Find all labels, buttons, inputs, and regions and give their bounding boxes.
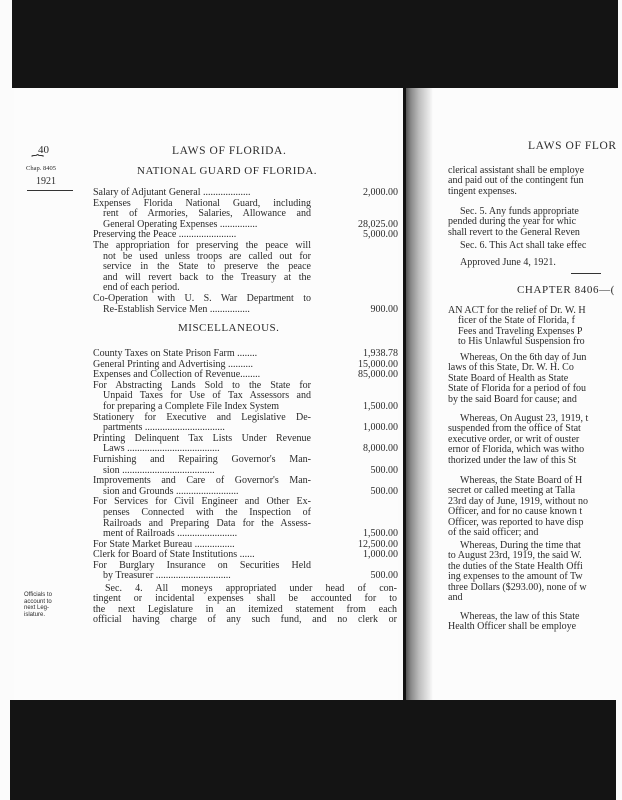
text-line: and [448, 593, 622, 603]
line-item: The appropriation for preserving the pea… [93, 241, 398, 294]
scan-border-top [12, 0, 618, 88]
line-item-description: Furnishing and Repairing Governor's Man-… [93, 455, 311, 476]
line-item: Stationery for Executive and Legislative… [93, 413, 398, 434]
right-paragraph-1: clerical assistant shall be employeand p… [448, 166, 622, 197]
running-head-right: LAWS OF FLOR [528, 140, 617, 152]
section-rule [571, 273, 601, 274]
text-line: islature. [24, 612, 52, 619]
line-item-amount: 1,938.78 [334, 349, 398, 360]
year-label: 1921 [36, 176, 56, 187]
year-rule [27, 190, 73, 191]
line-item-amount: 500.00 [334, 466, 398, 477]
line-item-description: Co-Operation with U. S. War Department t… [93, 294, 311, 315]
text-line: tingent expenses. [448, 187, 622, 197]
line-item: Co-Operation with U. S. War Department t… [93, 294, 398, 315]
line-item-amount: 500.00 [334, 487, 398, 498]
line-item-amount: 900.00 [334, 305, 398, 316]
line-item-description: For Abstracting Lands Sold to the State … [93, 381, 311, 413]
line-item-amount: 85,000.00 [334, 370, 398, 381]
text-line: three Dollars ($293.00), none of w [448, 583, 622, 593]
national-guard-items: Salary of Adjutant General .............… [93, 188, 398, 315]
line-item-amount: 8,000.00 [334, 444, 398, 455]
line-item-amount: 500.00 [334, 571, 398, 582]
line-item-amount: 5,000.00 [334, 230, 398, 241]
whereas-paragraph-3: Whereas, the State Board of Hsecret or c… [448, 476, 622, 538]
line-item: For Burglary Insurance on Securities Hel… [93, 561, 398, 582]
line-item-description: Salary of Adjutant General .............… [93, 188, 311, 199]
line-item: Salary of Adjutant General .............… [93, 188, 398, 199]
line-item-description: Expenses Florida National Guard, includi… [93, 199, 311, 231]
margin-note: Officials toaccount tonext Leg-islature. [24, 592, 52, 618]
line-item: Furnishing and Repairing Governor's Man-… [93, 455, 398, 476]
text-line: next Leg- [24, 605, 52, 612]
line-item-description: County Taxes on State Prison Farm ......… [93, 349, 311, 360]
line-item: For Services for Civil Engineer and Othe… [93, 497, 398, 539]
section-6-paragraph: Sec. 6. This Act shall take effec [460, 241, 622, 251]
running-head-left: LAWS OF FLORIDA. [172, 145, 286, 157]
book-spine-shadow [403, 88, 433, 700]
line-item: Improvements and Care of Governor's Man-… [93, 476, 398, 497]
text-line: thorized under the law of this St [448, 456, 622, 466]
section-4-paragraph: Sec. 4. All moneys appropriated under he… [93, 584, 397, 626]
text-line: to His Unlawful Suspension fro [448, 337, 622, 347]
line-item-description: Improvements and Care of Governor's Man-… [93, 476, 311, 497]
text-line: official having charge of any such fund,… [93, 615, 397, 625]
book-gutter [403, 88, 406, 700]
section-5-paragraph: Sec. 5. Any funds appropriatepended duri… [460, 207, 622, 238]
line-item-description: For Services for Civil Engineer and Othe… [93, 497, 311, 539]
line-item: For Abstracting Lands Sold to the State … [93, 381, 398, 413]
line-item-amount: 1,000.00 [334, 550, 398, 561]
line-item-description: The appropriation for preserving the pea… [93, 241, 311, 294]
line-item-description: Printing Delinquent Tax Lists Under Reve… [93, 434, 311, 455]
text-line: Health Officer shall be employe [448, 622, 622, 632]
approved-date: Approved June 4, 1921. [460, 258, 622, 268]
text-line: by the said Board for cause; and [448, 395, 622, 405]
line-item-amount: 2,000.00 [334, 188, 398, 199]
section-heading-miscellaneous: MISCELLANEOUS. [178, 322, 279, 334]
text-line: shall revert to the General Reven [448, 228, 622, 238]
text-line: Officials to [24, 592, 52, 599]
whereas-paragraph-4: Whereas, During the time thatto August 2… [448, 541, 622, 603]
whereas-paragraph-5: Whereas, the law of this StateHealth Off… [448, 612, 622, 633]
section-heading-national-guard: NATIONAL GUARD OF FLORIDA. [137, 165, 317, 177]
line-item-description: For Burglary Insurance on Securities Hel… [93, 561, 311, 582]
line-item: Expenses Florida National Guard, includi… [93, 199, 398, 231]
act-title: AN ACT for the relief of Dr. W. Hficer o… [448, 306, 622, 348]
line-item-amount: 1,500.00 [334, 402, 398, 413]
text-line: account to [24, 599, 52, 606]
text-line: of the said officer; and [448, 528, 622, 538]
line-item: County Taxes on State Prison Farm ......… [93, 349, 398, 360]
line-item-description: Stationery for Executive and Legislative… [93, 413, 311, 434]
chapter-label: Chap. 8405 [26, 165, 56, 172]
line-item: Printing Delinquent Tax Lists Under Reve… [93, 434, 398, 455]
miscellaneous-items: County Taxes on State Prison Farm ......… [93, 349, 398, 582]
whereas-paragraph-2: Whereas, On August 23, 1919, tsuspended … [448, 414, 622, 466]
whereas-paragraph-1: Whereas, On the 6th day of Junlaws of th… [448, 353, 622, 405]
scan-border-bottom [10, 700, 616, 800]
chapter-heading: CHAPTER 8406—( [517, 285, 622, 295]
line-item-amount: 1,000.00 [334, 423, 398, 434]
